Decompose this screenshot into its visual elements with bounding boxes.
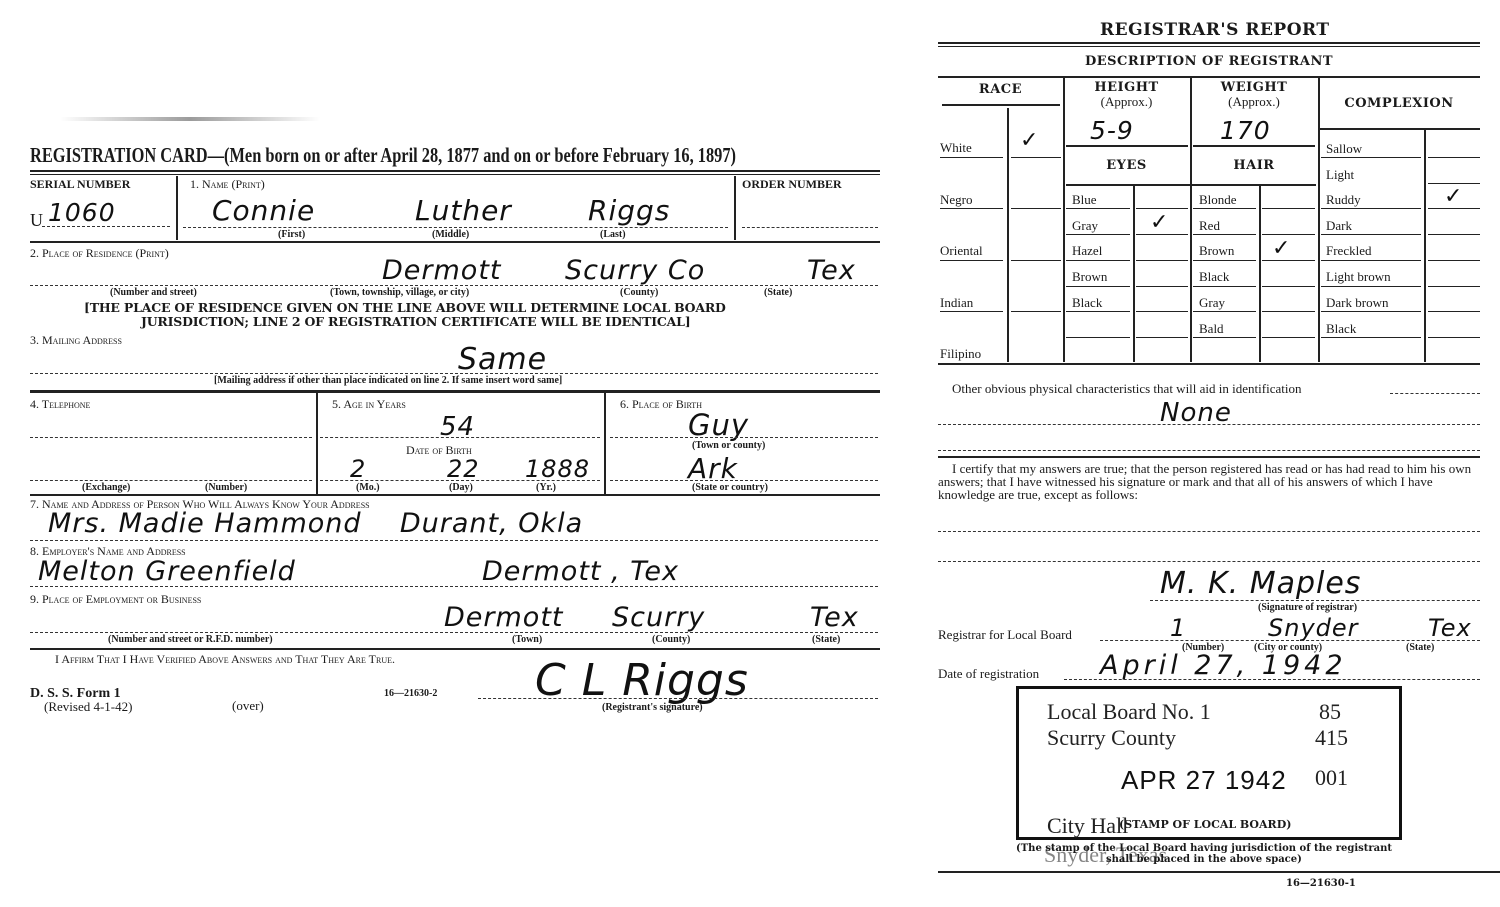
rule — [938, 76, 1480, 78]
fold-shadow — [60, 117, 320, 121]
name-sub-middle: (Middle) — [432, 229, 469, 240]
order-number-line[interactable] — [742, 227, 878, 228]
local-board-sub-state: (State) — [1406, 642, 1434, 653]
dob-sub-mo: (Mo.) — [356, 482, 380, 493]
residence-sub-county: (County) — [620, 287, 658, 298]
race-oriental-box[interactable] — [1011, 260, 1061, 261]
race-indian-box[interactable] — [1011, 311, 1061, 312]
residence-town[interactable]: Dermott — [382, 255, 502, 286]
complexion-black: Black — [1326, 321, 1356, 337]
divider — [1318, 77, 1320, 362]
employment-sub-street: (Number and street or R.F.D. number) — [108, 634, 273, 645]
employment-sub-county: (County) — [652, 634, 690, 645]
hair-brown-check[interactable]: ✓ — [1272, 236, 1290, 261]
employment-sub-state: (State) — [812, 634, 840, 645]
hair-black: Black — [1199, 269, 1229, 285]
divider — [176, 176, 178, 240]
other-line-1 — [938, 424, 1480, 425]
order-number-label: ORDER NUMBER — [742, 177, 842, 192]
registrar-signature[interactable]: M. K. Maples — [1160, 566, 1361, 601]
date-of-registration-label: Date of registration — [938, 666, 1039, 682]
divider — [1424, 130, 1426, 362]
eyes-blue: Blue — [1072, 192, 1097, 208]
name-middle[interactable]: Luther — [415, 194, 512, 227]
divider — [604, 393, 606, 495]
race-negro-box[interactable] — [1011, 208, 1061, 209]
date-of-registration-value[interactable]: April 27, 1942 — [1100, 650, 1347, 681]
telephone-line-2[interactable] — [30, 480, 312, 481]
name-sub-last: (Last) — [600, 229, 626, 240]
hair-gray: Gray — [1199, 295, 1225, 311]
residence-state[interactable]: Tex — [807, 255, 856, 286]
rule — [1320, 128, 1480, 130]
rule — [938, 456, 1480, 458]
dob-month[interactable]: 2 — [350, 455, 366, 483]
rule — [942, 104, 1060, 106]
hair-bald: Bald — [1199, 321, 1224, 337]
signature-line — [478, 698, 878, 699]
residence-line — [30, 285, 878, 286]
employment-label: 9. Place of Employment or Business — [30, 592, 201, 607]
race-white: White — [940, 140, 972, 156]
over-label: (over) — [232, 698, 264, 714]
stamp-num-3: 001 — [1315, 765, 1348, 791]
divider — [734, 176, 736, 240]
name-label: 1. Name (Print) — [190, 177, 265, 192]
serial-number-label: SERIAL NUMBER — [30, 177, 130, 192]
dob-sub-yr: (Yr.) — [536, 482, 556, 493]
local-board-city[interactable]: Snyder — [1268, 614, 1359, 642]
employment-town[interactable]: Dermott — [444, 602, 564, 633]
eyes-brown: Brown — [1072, 269, 1107, 285]
race-header: RACE — [938, 82, 1063, 97]
residence-label: 2. Place of Residence (Print) — [30, 246, 169, 261]
mailing-note: [Mailing address if other than place ind… — [214, 375, 562, 386]
race-white-check[interactable]: ✓ — [1020, 128, 1038, 153]
rule — [1193, 145, 1315, 147]
other-line-2 — [938, 450, 1480, 451]
print-code-right: 16—21630-1 — [1286, 878, 1356, 889]
complexion-sallow: Sallow — [1326, 141, 1362, 157]
rule — [938, 871, 1500, 873]
local-board-number[interactable]: 1 — [1170, 614, 1186, 642]
stamp-line-1: Local Board No. 1 — [1047, 699, 1211, 725]
stamp-caption: (STAMP OF LOCAL BOARD) — [1119, 818, 1291, 831]
divider — [1133, 185, 1135, 362]
rule — [940, 157, 1003, 158]
form-revised: (Revised 4-1-42) — [44, 699, 132, 715]
divider — [1007, 108, 1009, 362]
date-line — [1064, 679, 1480, 680]
complexion-light-brown: Light brown — [1326, 269, 1391, 285]
exceptions-line-2[interactable] — [938, 561, 1480, 562]
name-line — [183, 227, 728, 228]
divider — [1190, 77, 1192, 362]
rule — [1011, 157, 1061, 158]
residence-notice-1: [THE PLACE OF RESIDENCE GIVEN ON THE LIN… — [84, 300, 726, 315]
rule — [940, 311, 1003, 312]
registrar-signature-label: (Signature of registrar) — [1258, 602, 1357, 613]
name-first[interactable]: Connie — [212, 194, 315, 227]
divider — [1259, 185, 1261, 362]
mailing-value[interactable]: Same — [458, 342, 547, 377]
serial-prefix: U — [30, 210, 43, 231]
stamp-line-2: Scurry County — [1047, 725, 1176, 751]
rule — [938, 46, 1480, 47]
weight-approx: (Approx.) — [1190, 94, 1318, 110]
stamp-num-1: 85 — [1319, 699, 1341, 725]
race-negro: Negro — [940, 192, 973, 208]
residence-sub-street: (Number and street) — [110, 287, 197, 298]
height-approx: (Approx.) — [1063, 94, 1190, 110]
hair-brown: Brown — [1199, 243, 1234, 259]
birthplace-sub-town: (Town or county) — [692, 440, 765, 451]
complexion-dark: Dark — [1326, 218, 1352, 234]
contact-value[interactable]: Mrs. Madie Hammond Durant, Okla — [48, 508, 583, 539]
name-last[interactable]: Riggs — [588, 194, 670, 227]
description-title: DESCRIPTION OF REGISTRANT — [938, 54, 1480, 69]
height-header: HEIGHT — [1063, 80, 1190, 95]
birthplace-line-1 — [610, 437, 878, 438]
eyes-gray-check[interactable]: ✓ — [1150, 210, 1168, 235]
employer-address[interactable]: Dermott , Tex — [482, 556, 679, 587]
rule — [1066, 184, 1316, 186]
race-filipino: Filipino — [940, 346, 981, 362]
residence-sub-town: (Town, township, village, or city) — [330, 287, 469, 298]
birthplace-sub-state: (State or country) — [692, 482, 768, 493]
stamp-num-2: 415 — [1315, 725, 1348, 751]
hair-blonde: Blonde — [1199, 192, 1237, 208]
eyes-header: EYES — [1063, 158, 1190, 173]
weight-value[interactable]: 170 — [1220, 116, 1271, 145]
card-title: REGISTRATION CARD—(Men born on or after … — [30, 143, 736, 168]
serial-number-value[interactable]: 1060 — [48, 198, 116, 227]
mailing-label: 3. Mailing Address — [30, 333, 122, 348]
stamp-line-4: City Hall — [1047, 813, 1128, 839]
complexion-ruddy-check[interactable]: ✓ — [1444, 184, 1462, 209]
age-line — [320, 437, 600, 438]
employment-state[interactable]: Tex — [810, 602, 859, 633]
eyes-gray: Gray — [1072, 218, 1098, 234]
local-board-label: Registrar for Local Board — [938, 627, 1072, 643]
age-label: 5. Age in Years — [332, 397, 406, 412]
telephone-label: 4. Telephone — [30, 397, 90, 412]
telephone-line-1[interactable] — [30, 437, 312, 438]
rule — [938, 42, 1480, 44]
title-rule — [30, 170, 880, 172]
local-board-state[interactable]: Tex — [1428, 614, 1472, 642]
certify-statement: I certify that my answers are true; that… — [938, 462, 1483, 501]
employment-county[interactable]: Scurry — [612, 602, 705, 633]
birthplace-line-2 — [610, 480, 878, 481]
stamp-note-2: shall be placed in the above space) — [1106, 854, 1302, 865]
row-rule — [30, 494, 880, 496]
eyes-black: Black — [1072, 295, 1102, 311]
employment-line — [30, 632, 878, 633]
hair-header: HAIR — [1190, 158, 1318, 173]
title-rule-2 — [30, 174, 880, 175]
residence-sub-state: (State) — [764, 287, 792, 298]
row-rule — [30, 648, 880, 650]
signature-label: (Registrant's signature) — [602, 702, 703, 713]
telephone-exchange-label: (Exchange) — [82, 482, 130, 493]
row-rule — [30, 241, 880, 243]
telephone-number-label: (Number) — [205, 482, 247, 493]
row-rule — [30, 390, 880, 393]
serial-line — [42, 226, 170, 227]
residence-notice-2: JURISDICTION; LINE 2 OF REGISTRATION CER… — [141, 314, 690, 329]
contact-line — [30, 540, 878, 541]
height-value[interactable]: 5-9 — [1090, 116, 1134, 145]
local-board-line — [1100, 640, 1480, 641]
other-characteristics-label: Other obvious physical characteristics t… — [952, 381, 1301, 397]
employment-sub-town: (Town) — [512, 634, 542, 645]
divider — [1063, 77, 1065, 362]
divider — [316, 393, 318, 495]
residence-county[interactable]: Scurry Co — [565, 255, 705, 286]
complexion-ruddy: Ruddy — [1326, 192, 1361, 208]
complexion-freckled: Freckled — [1326, 243, 1371, 259]
registrar-report-title: REGISTRAR'S REPORT — [1100, 20, 1330, 40]
name-sub-first: (First) — [278, 229, 305, 240]
eyes-hazel: Hazel — [1072, 243, 1102, 259]
rule — [940, 208, 1003, 209]
dob-line — [320, 480, 600, 481]
employer-line — [30, 586, 878, 587]
dob-year[interactable]: 1888 — [525, 455, 590, 483]
weight-header: WEIGHT — [1190, 80, 1318, 95]
race-oriental: Oriental — [940, 243, 983, 259]
registrar-signature-line — [1150, 600, 1480, 601]
employer-name[interactable]: Melton Greenfield — [38, 556, 296, 587]
rule — [938, 363, 1480, 365]
race-indian: Indian — [940, 295, 973, 311]
print-code-left: 16—21630-2 — [384, 688, 437, 699]
other-line-0 — [1390, 393, 1480, 394]
mailing-line — [30, 373, 878, 374]
dob-day[interactable]: 22 — [447, 455, 480, 483]
complexion-light: Light — [1326, 167, 1354, 183]
exceptions-line-1[interactable] — [938, 531, 1480, 532]
stamp-date: APR 27 1942 — [1121, 765, 1287, 796]
affirm-statement: I Affirm That I Have Verified Above Answ… — [55, 652, 395, 667]
local-board-stamp: Local Board No. 1 Scurry County 85 415 A… — [1016, 686, 1402, 840]
dob-sub-day: (Day) — [449, 482, 473, 493]
complexion-dark-brown: Dark brown — [1326, 295, 1388, 311]
hair-red: Red — [1199, 218, 1220, 234]
rule — [940, 260, 1003, 261]
rule — [1066, 145, 1188, 147]
complexion-header: COMPLEXION — [1318, 96, 1480, 111]
stamp-note-1: (The stamp of the Local Board having jur… — [1016, 843, 1392, 854]
